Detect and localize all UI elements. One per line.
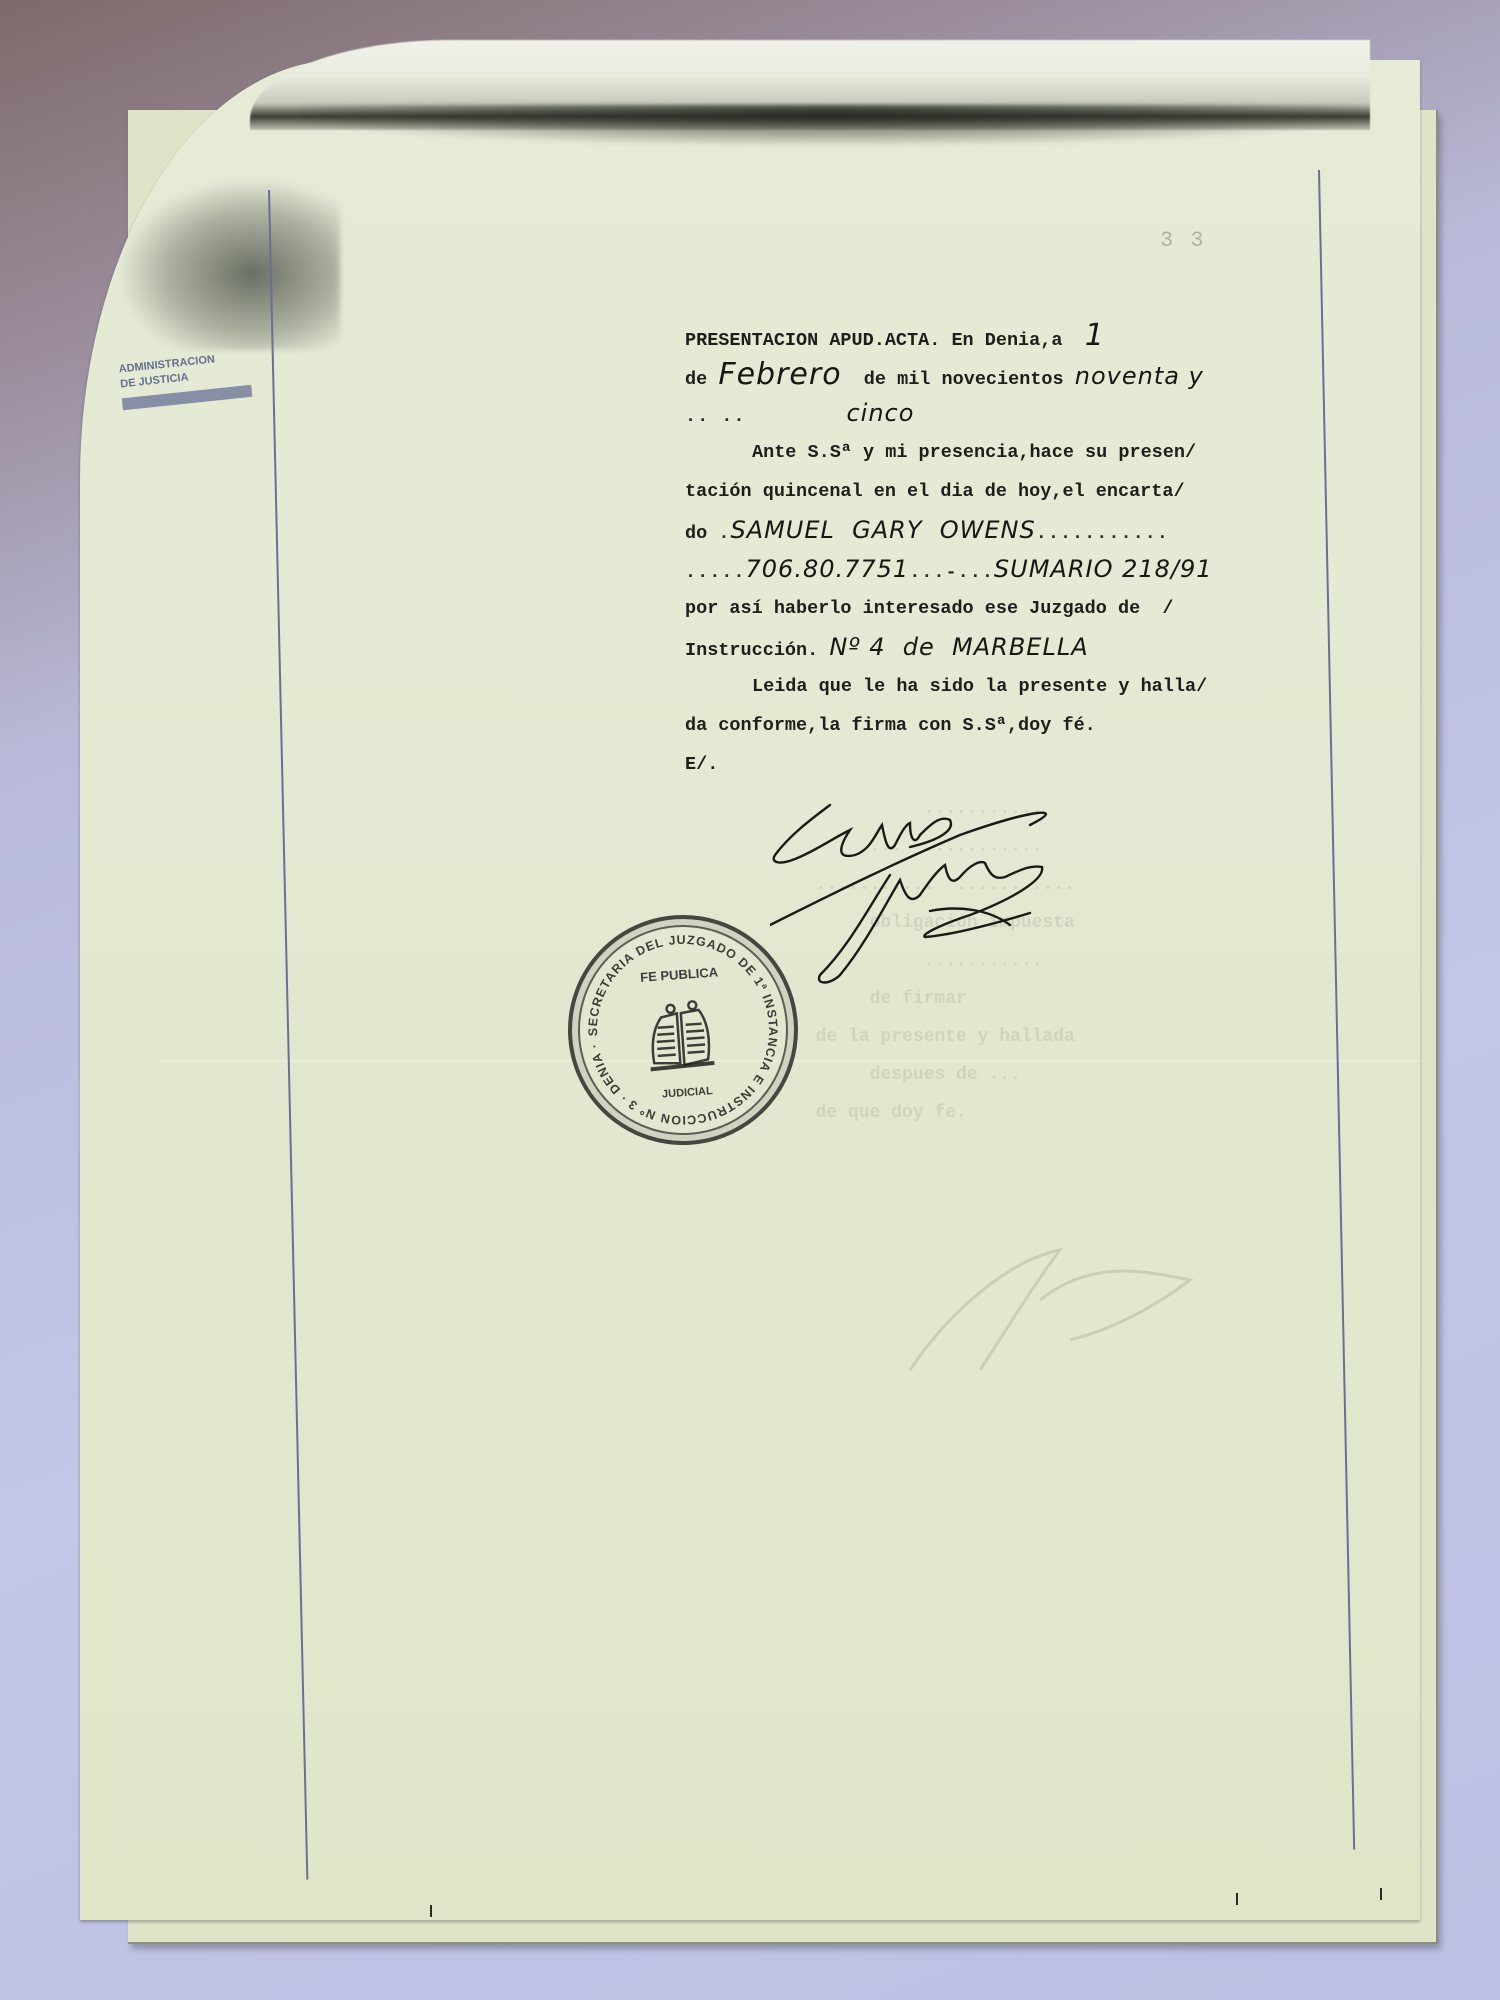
toner-corner-smudge [120,180,340,350]
typed-text: Ante S.Sª y mi presencia,hace su presen/ [752,442,1196,463]
typed-text: de mil novecientos [864,369,1064,390]
court-stamp: SECRETARIA DEL JUZGADO DE 1ª INSTANCIA E… [560,907,805,1152]
bleed-line: de que doy fe. [740,1094,1340,1132]
line-closing: E/. [685,745,1325,784]
handwritten-month: Febrero [718,357,841,392]
typed-text: Leida que le ha sido la presente y halla… [752,676,1207,697]
bottom-tick-mark [1380,1888,1382,1900]
typed-text: de [685,369,707,390]
typed-text: do [685,523,707,544]
handwritten-year: noventa y [1075,362,1204,390]
line-date: de Febrero de mil novecientos noventa y [685,355,1325,394]
typed-text: da conforme,la firma con S.Sª,doy fé. [685,715,1096,736]
bottom-tick-mark [1236,1893,1238,1905]
line-body: tación quincenal en el dia de hoy,el enc… [685,472,1325,511]
handwritten-case-number: SUMARIO 218/91 [994,555,1213,583]
line-body: por así haberlo interesado ese Juzgado d… [685,589,1325,628]
line-year: .. .. cinco [685,394,1325,433]
bleed-line: de la presente y hallada [740,1018,1340,1056]
handwritten-signature [770,785,1220,1005]
handwritten-id-number: 706.80.7751 [746,555,910,583]
line-body: Ante S.Sª y mi presencia,hace su presen/ [685,433,1325,472]
line-body: Leida que le ha sido la presente y halla… [685,667,1325,706]
handwritten-defendant-name: SAMUEL GARY OWENS [730,516,1035,544]
line-body: da conforme,la firma con S.Sª,doy fé. [685,706,1325,745]
typed-text: E/. [685,754,718,775]
bleed-through-signature [890,1220,1230,1390]
handwritten-day: 1 [1085,318,1105,353]
handwritten-year: cinco [846,399,914,427]
bleed-line: despues de ... [740,1056,1340,1094]
line-reference: .....706.80.7751...-...SUMARIO 218/91 [685,550,1325,589]
typed-text: tación quincenal en el dia de hoy,el enc… [685,481,1185,502]
toner-shadow-band [300,105,1360,145]
typed-heading: PRESENTACION APUD.ACTA. En Denia,a [685,330,1062,351]
document-body: PRESENTACION APUD.ACTA. En Denia,a 1 de … [685,316,1325,784]
tablets-of-law-icon [640,999,721,1082]
line-name: do .SAMUEL GARY OWENS........... [685,511,1325,550]
typed-text: por así haberlo interesado ese Juzgado d… [685,598,1173,619]
line-heading: PRESENTACION APUD.ACTA. En Denia,a 1 [685,316,1325,355]
bottom-tick-mark [430,1905,432,1917]
line-court: Instrucción. Nº 4 de MARBELLA [685,628,1325,667]
page-number: 3 3 [1160,228,1206,253]
typed-text: Instrucción. [685,640,818,661]
handwritten-court: Nº 4 de MARBELLA [829,633,1088,661]
